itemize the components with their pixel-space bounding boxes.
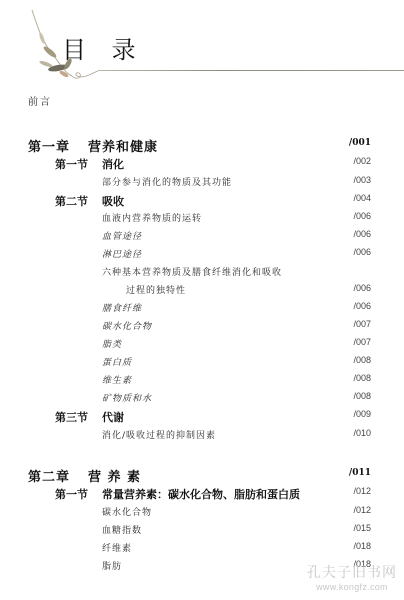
toc-item[interactable]: 部分参与消化的物质及其功能 /003 <box>0 175 404 193</box>
toc-item[interactable]: 脂类 /007 <box>0 337 404 355</box>
item-title: 膳食纤维 <box>102 301 142 314</box>
item-title: 消化/吸收过程的抑制因素 <box>102 428 216 441</box>
toc-header: 目 录 <box>0 0 404 90</box>
toc-section[interactable]: 第一节 消化 /002 <box>0 156 404 174</box>
toc-item[interactable]: 蛋白质 /008 <box>0 355 404 373</box>
item-title: 维生素 <box>102 373 132 386</box>
item-title-continuation: 过程的独特性 <box>126 283 186 296</box>
toc-item-continuation[interactable]: 过程的独特性 /006 <box>0 283 404 301</box>
toc-item[interactable]: 血液内营养物质的运转 /006 <box>0 211 404 229</box>
item-page: /007 <box>353 337 371 347</box>
chapter-title: 营 养 素 <box>88 466 141 485</box>
section-title: 吸收 <box>102 193 124 209</box>
section-label: 第三节 <box>55 409 88 425</box>
toc-item[interactable]: 碳水化合物 /012 <box>0 505 404 523</box>
item-title: 部分参与消化的物质及其功能 <box>102 175 232 188</box>
section-title: 代谢 <box>102 409 124 425</box>
toc-item[interactable]: 脂肪 /018 <box>0 559 404 577</box>
item-title: 血液内营养物质的运转 <box>102 211 202 224</box>
item-page: /015 <box>353 523 371 533</box>
item-title: 碳水化合物 <box>102 319 152 332</box>
item-page: /008 <box>353 391 371 401</box>
title-divider <box>98 70 404 71</box>
toc-item[interactable]: 碳水化合物 /007 <box>0 319 404 337</box>
section-label: 第一节 <box>55 156 88 172</box>
toc-item[interactable]: 膳食纤维 /006 <box>0 301 404 319</box>
item-title: 脂类 <box>102 337 122 350</box>
section-title: 消化 <box>102 156 124 172</box>
chapter-label: 第一章 <box>28 136 70 155</box>
toc-section[interactable]: 第三节 代谢 /009 <box>0 409 404 427</box>
item-title: 碳水化合物 <box>102 505 152 518</box>
toc-chapter-2[interactable]: 第二章 营 养 素 /011 <box>0 466 404 484</box>
toc-item[interactable]: 六种基本营养物质及膳食纤维消化和吸收 <box>0 265 404 283</box>
section-page: /002 <box>353 156 371 166</box>
item-page: /006 <box>353 301 371 311</box>
item-page: /008 <box>353 373 371 383</box>
page-title: 目 录 <box>62 30 145 65</box>
item-page: /003 <box>353 175 371 185</box>
item-page: /018 <box>353 559 371 569</box>
toc-item[interactable]: 血管途径 /006 <box>0 229 404 247</box>
item-page: /006 <box>353 247 371 257</box>
chapter-page: /011 <box>349 468 371 478</box>
item-title: 矿物质和水 <box>102 391 152 404</box>
section-page: /004 <box>353 193 371 203</box>
watermark-url: www.kongfz.com <box>302 582 402 592</box>
chapter-title: 营养和健康 <box>88 136 158 155</box>
item-page: /010 <box>353 428 371 438</box>
item-title: 六种基本营养物质及膳食纤维消化和吸收 <box>102 265 282 278</box>
chapter-page: /001 <box>349 138 371 148</box>
item-page: /006 <box>353 283 371 293</box>
item-page: /007 <box>353 319 371 329</box>
item-title: 纤维素 <box>102 541 132 554</box>
item-page: /006 <box>353 229 371 239</box>
item-title: 血糖指数 <box>102 523 142 536</box>
toc-section[interactable]: 第一节 常量营养素：碳水化合物、脂肪和蛋白质 /012 <box>0 486 404 504</box>
item-page: /006 <box>353 211 371 221</box>
toc-item[interactable]: 消化/吸收过程的抑制因素 /010 <box>0 428 404 446</box>
section-page: /009 <box>353 409 371 419</box>
item-page: /012 <box>353 505 371 515</box>
item-page: /018 <box>353 541 371 551</box>
item-title: 蛋白质 <box>102 355 132 368</box>
section-title: 常量营养素：碳水化合物、脂肪和蛋白质 <box>102 486 300 502</box>
toc-item[interactable]: 维生素 /008 <box>0 373 404 391</box>
item-title: 淋巴途径 <box>102 247 142 260</box>
item-title: 血管途径 <box>102 229 142 242</box>
toc-section[interactable]: 第二节 吸收 /004 <box>0 193 404 211</box>
toc-item[interactable]: 矿物质和水 /008 <box>0 391 404 409</box>
section-label: 第二节 <box>55 193 88 209</box>
section-page: /012 <box>353 486 371 496</box>
toc-preface[interactable]: 前言 <box>28 93 52 108</box>
item-page: /008 <box>353 355 371 365</box>
item-title: 脂肪 <box>102 559 122 572</box>
section-label: 第一节 <box>55 486 88 502</box>
toc-item[interactable]: 淋巴途径 /006 <box>0 247 404 265</box>
toc-item[interactable]: 纤维素 /018 <box>0 541 404 559</box>
toc-item[interactable]: 血糖指数 /015 <box>0 523 404 541</box>
chapter-label: 第二章 <box>28 466 70 485</box>
toc-chapter-1[interactable]: 第一章 营养和健康 /001 <box>0 136 404 154</box>
